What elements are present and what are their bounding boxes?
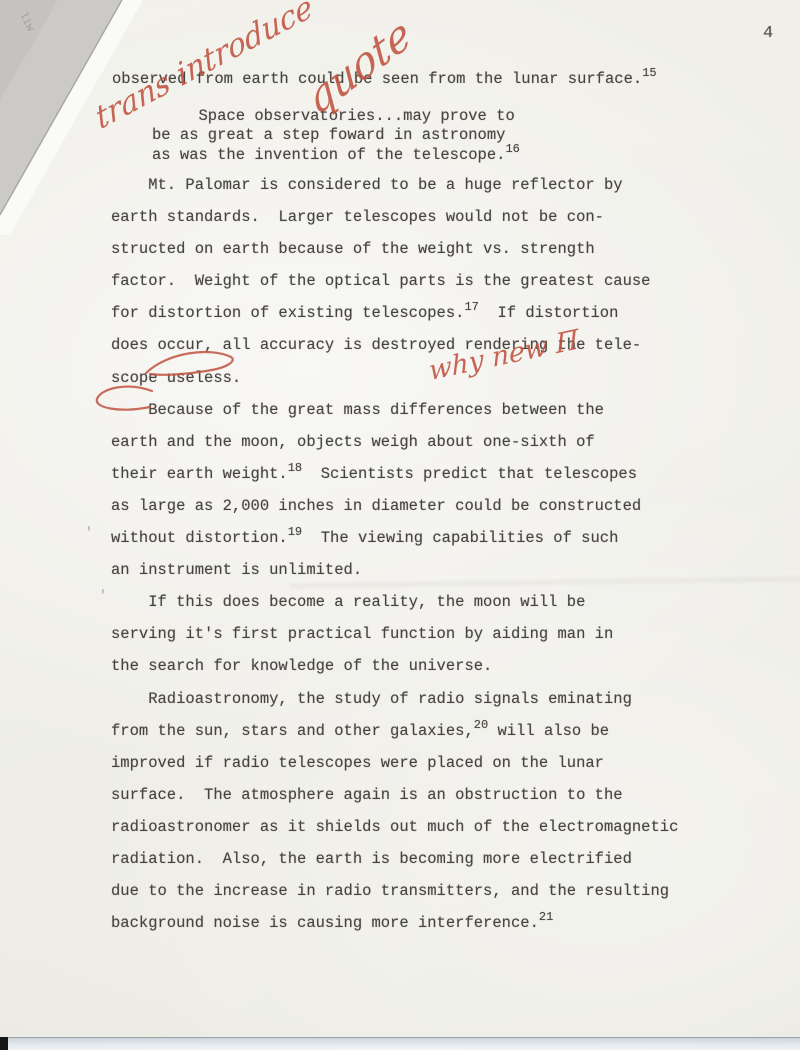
body-line: background noise is causing more interfe… [111,907,678,939]
stray-mark: ' [85,525,93,540]
scanner-edge-strip [0,1037,800,1050]
body-line: improved if radio telescopes were placed… [111,747,678,779]
body-line: their earth weight.18 Scientists predict… [111,458,678,490]
body-line: the search for knowledge of the universe… [111,650,678,682]
stray-mark: ' [99,588,107,603]
footnote-superscript: 21 [539,901,553,933]
body-line: Radioastronomy, the study of radio signa… [111,683,678,715]
body-line: for distortion of existing telescopes.17… [111,297,678,329]
body-line: serving it's first practical function by… [111,618,678,650]
body-line: radioastronomer as it shields out much o… [111,811,678,843]
page-number: 4 [763,24,773,43]
block-quote-line: be as great a step foward in astronomy [152,126,520,145]
footnote-superscript: 20 [474,709,488,741]
block-quote-line: as was the invention of the telescope.16 [152,146,520,166]
body-line: surface. The atmosphere again is an obst… [111,779,678,811]
body-line: earth and the moon, objects weigh about … [111,426,678,458]
block-quote-line: Space observatories...may prove to [152,107,520,126]
scanned-manuscript-page: liw 4 observed from earth could be seen … [0,0,800,1050]
body-line: Mt. Palomar is considered to be a huge r… [111,169,678,201]
body-line: Because of the great mass differences be… [111,394,678,426]
scanner-corner-notch [0,1037,8,1050]
body-line: as large as 2,000 inches in diameter cou… [111,490,678,522]
body-line: due to the increase in radio transmitter… [111,875,678,907]
body-line: scope useless. [111,362,678,394]
block-quote: Space observatories...may prove tobe as … [152,107,520,166]
footnote-superscript: 15 [642,64,656,82]
body-line: from the sun, stars and other galaxies,2… [111,715,678,747]
body-line: does occur, all accuracy is destroyed re… [111,329,678,361]
footnote-superscript: 16 [505,140,519,159]
footnote-superscript: 19 [288,516,302,548]
body-line: If this does become a reality, the moon … [111,586,678,618]
body-text: Mt. Palomar is considered to be a huge r… [111,169,678,939]
opening-line: observed from earth could be seen from t… [112,70,657,89]
body-line: without distortion.19 The viewing capabi… [111,522,678,554]
footnote-superscript: 18 [288,452,302,484]
footnote-superscript: 17 [464,291,478,323]
body-line: structed on earth because of the weight … [111,233,678,265]
body-line: factor. Weight of the optical parts is t… [111,265,678,297]
body-line: radiation. Also, the earth is becoming m… [111,843,678,875]
body-line: earth standards. Larger telescopes would… [111,201,678,233]
